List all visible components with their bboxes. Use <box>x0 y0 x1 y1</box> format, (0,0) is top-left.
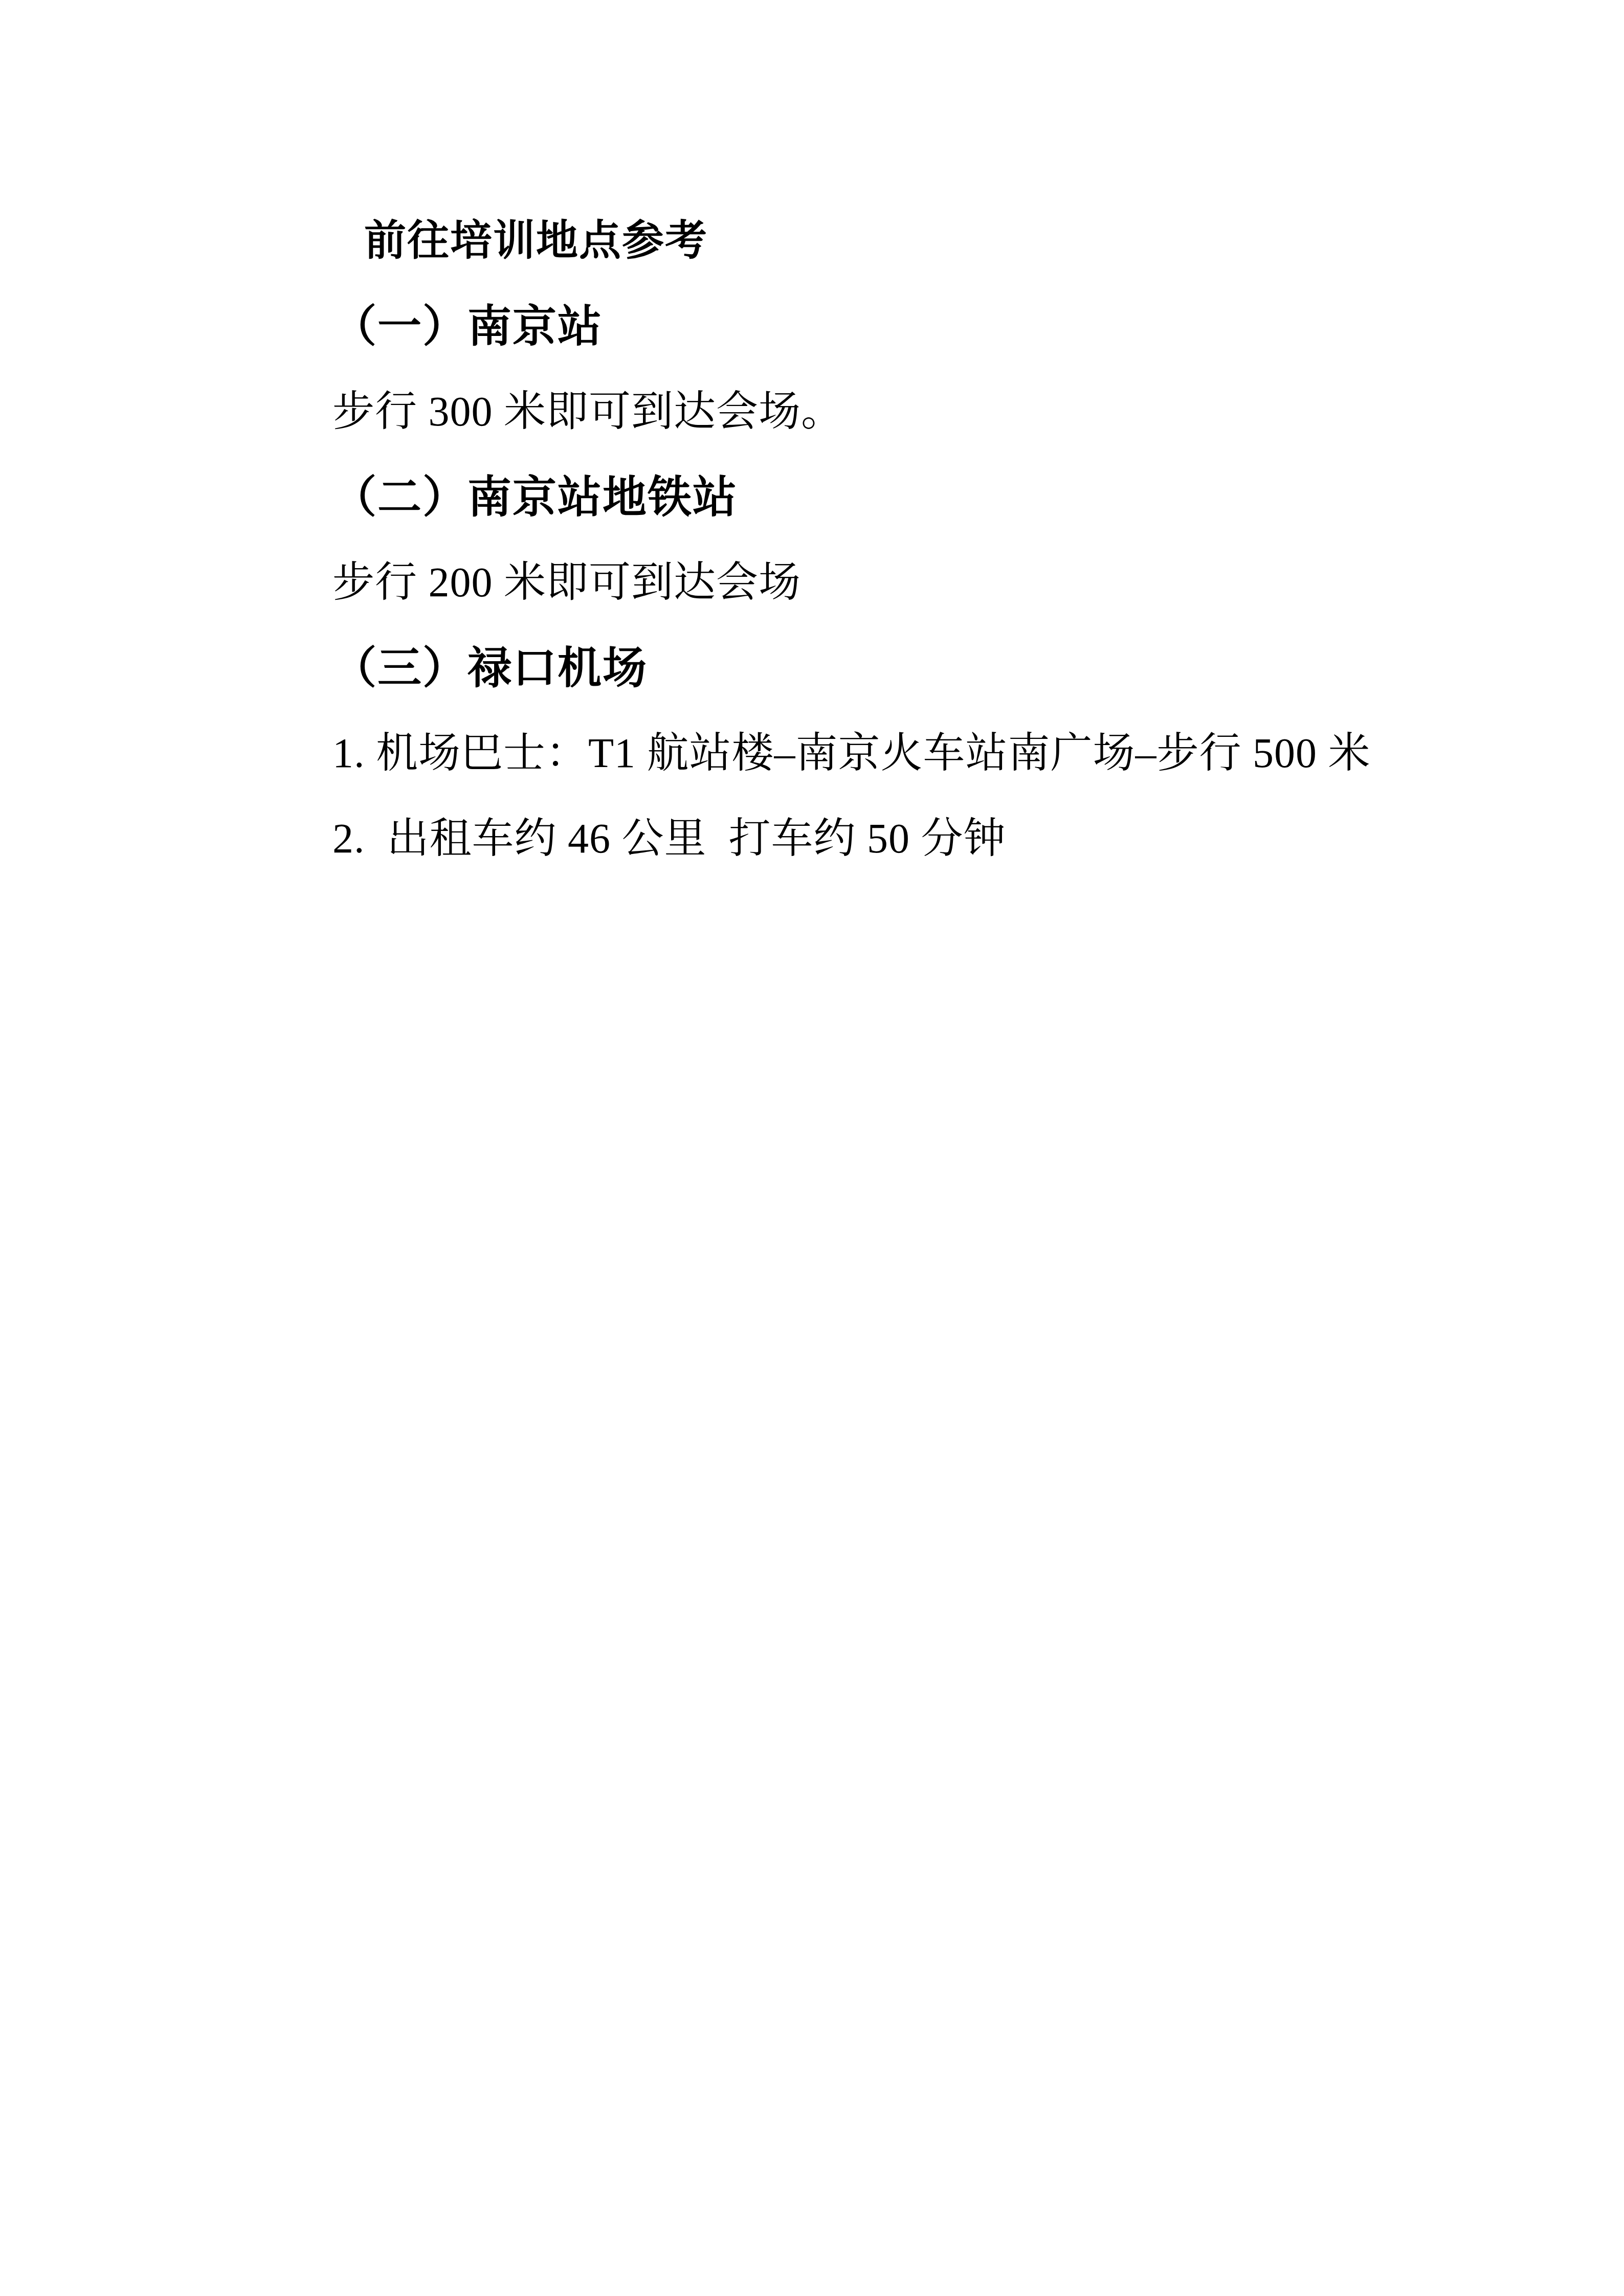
section-paragraph-nanjing-station: 步行 300 米即可到达会场。 <box>332 365 1471 451</box>
section-paragraph-taxi: 2. 出租车约 46 公里 打车约 50 分钟 <box>332 792 1471 877</box>
section-heading-nanjing-station: （一）南京站 <box>332 280 1471 365</box>
document-page: 前往培训地点参考 （一）南京站 步行 300 米即可到达会场。 （二）南京站地铁… <box>0 0 1624 2296</box>
section-paragraph-airport-bus: 1. 机场巴士：T1 航站楼–南京火车站南广场–步行 500 米 <box>332 707 1471 792</box>
section-heading-nanjing-metro-station: （二）南京站地铁站 <box>332 451 1471 536</box>
section-heading-lukou-airport: （三）禄口机场 <box>332 621 1471 707</box>
document-content: 前往培训地点参考 （一）南京站 步行 300 米即可到达会场。 （二）南京站地铁… <box>332 194 1471 877</box>
document-title: 前往培训地点参考 <box>364 194 1471 280</box>
section-paragraph-nanjing-metro-station: 步行 200 米即可到达会场 <box>332 536 1471 621</box>
